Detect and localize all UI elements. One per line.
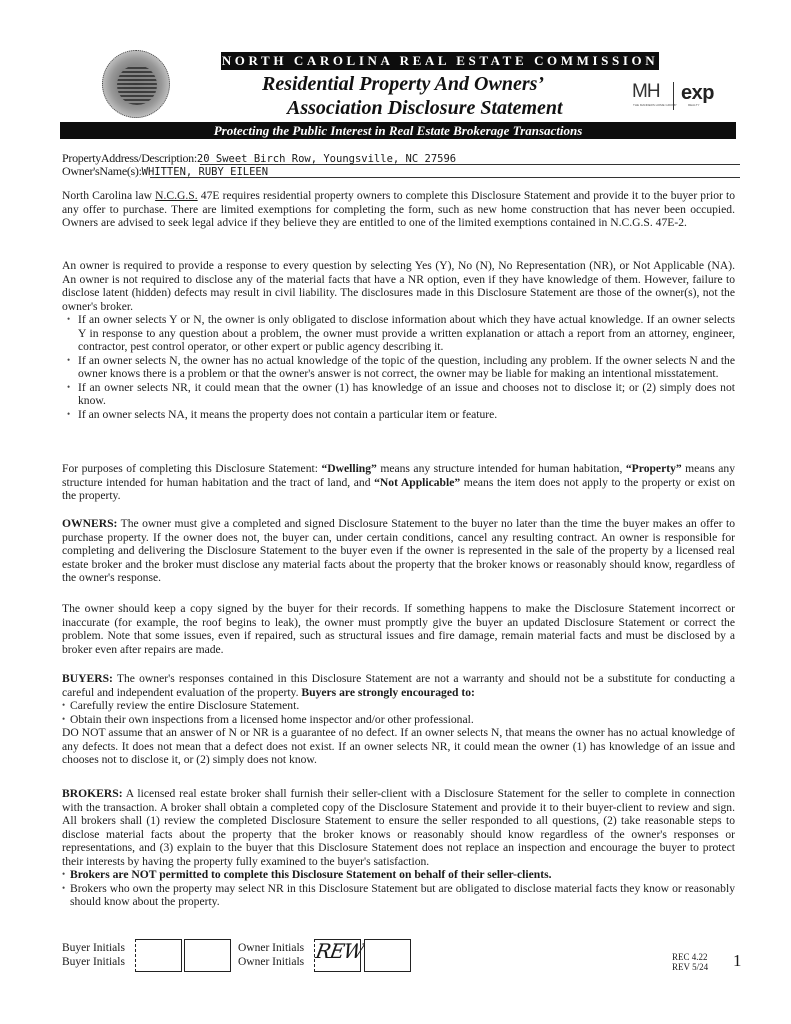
brokers-bullet-bold-text: Brokers are NOT permitted to complete th… xyxy=(70,868,552,881)
bullet-y-or-n: If an owner selects Y or N, the owner is… xyxy=(62,313,735,354)
definitions-text: means any structure intended for human h… xyxy=(377,462,626,475)
buyers-bullets: Carefully review the entire Disclosure S… xyxy=(62,699,735,726)
owner-initials-label-2: Owner Initials xyxy=(238,956,304,968)
page-number: 1 xyxy=(733,951,742,971)
owners-heading: OWNERS: xyxy=(62,517,117,530)
commission-banner: NORTH CAROLINA REAL ESTATE COMMISSION xyxy=(221,52,659,70)
term-dwelling: “Dwelling” xyxy=(321,462,376,475)
exp-logo: exp xyxy=(681,82,714,105)
nc-state-seal-icon xyxy=(102,50,170,118)
property-address-label: PropertyAddress/Description: xyxy=(62,151,197,165)
owner-initials-label-1: Owner Initials xyxy=(238,942,304,954)
response-instructions: An owner is required to provide a respon… xyxy=(62,259,735,313)
term-not-applicable: “Not Applicable” xyxy=(374,476,460,489)
buyer-initials-label-2: Buyer Initials xyxy=(62,956,125,968)
term-property: “Property” xyxy=(626,462,682,475)
buyer-initials-label-1: Buyer Initials xyxy=(62,942,125,954)
buyer-initials-box-1[interactable] xyxy=(135,939,182,972)
definitions-text: For purposes of completing this Disclosu… xyxy=(62,462,321,475)
bullet-nr: If an owner selects NR, it could mean th… xyxy=(62,381,735,408)
buyers-heading: BUYERS: xyxy=(62,672,113,685)
buyers-section: BUYERS: The owner's responses contained … xyxy=(62,672,735,767)
tagline-banner: Protecting the Public Interest in Real E… xyxy=(60,122,736,139)
response-section: An owner is required to provide a respon… xyxy=(62,259,735,421)
document-title-line1: Residential Property And Owners’ xyxy=(262,73,544,96)
intro-text-start: North Carolina law xyxy=(62,189,155,202)
buyers-warning: DO NOT assume that an answer of N or NR … xyxy=(62,726,735,767)
response-bullets: If an owner selects Y or N, the owner is… xyxy=(62,313,735,421)
buyer-initials-box-2[interactable] xyxy=(184,939,231,972)
buyers-bullet-review: Carefully review the entire Disclosure S… xyxy=(62,699,735,713)
mh-logo-subtitle: THE MANDERS HOME GROUP xyxy=(633,103,677,107)
owner-underline xyxy=(150,177,740,178)
brokers-bullets: Brokers are NOT permitted to complete th… xyxy=(62,868,735,909)
form-code: REC 4.22 xyxy=(672,952,708,962)
definitions-paragraph: For purposes of completing this Disclosu… xyxy=(62,462,735,503)
brokers-bullet-not-permitted: Brokers are NOT permitted to complete th… xyxy=(62,868,735,882)
owner-initials-signature: REW xyxy=(314,939,365,963)
intro-paragraph: North Carolina law N.C.G.S. 47E requires… xyxy=(62,189,735,230)
address-underline xyxy=(200,164,740,165)
brokers-heading: BROKERS: xyxy=(62,787,123,800)
brokers-section: BROKERS: A licensed real estate broker s… xyxy=(62,787,735,909)
owner-name-label: Owner'sName(s): xyxy=(62,164,142,178)
owners-text: The owner must give a completed and sign… xyxy=(62,517,735,584)
exp-logo-subtitle: REALTY xyxy=(688,103,699,107)
mh-logo: MH xyxy=(632,81,660,103)
buyers-emphasis: Buyers are strongly encouraged to: xyxy=(301,686,474,699)
document-title-line2: Association Disclosure Statement xyxy=(287,97,563,120)
copy-note-paragraph: The owner should keep a copy signed by t… xyxy=(62,602,735,656)
logo-divider xyxy=(673,82,674,110)
form-revision: REV 5/24 xyxy=(672,962,708,972)
bullet-n: If an owner selects N, the owner has no … xyxy=(62,354,735,381)
owner-initials-box-2[interactable] xyxy=(364,939,411,972)
law-reference-link: N.C.G.S. xyxy=(155,189,198,202)
owners-section: OWNERS: The owner must give a completed … xyxy=(62,517,735,585)
buyers-bullet-inspect: Obtain their own inspections from a lice… xyxy=(62,713,735,727)
bullet-na: If an owner selects NA, it means the pro… xyxy=(62,408,735,422)
brokers-text: A licensed real estate broker shall furn… xyxy=(62,787,735,868)
disclosure-page: NORTH CAROLINA REAL ESTATE COMMISSION Re… xyxy=(0,0,791,1024)
brokers-bullet-own-property: Brokers who own the property may select … xyxy=(62,882,735,909)
